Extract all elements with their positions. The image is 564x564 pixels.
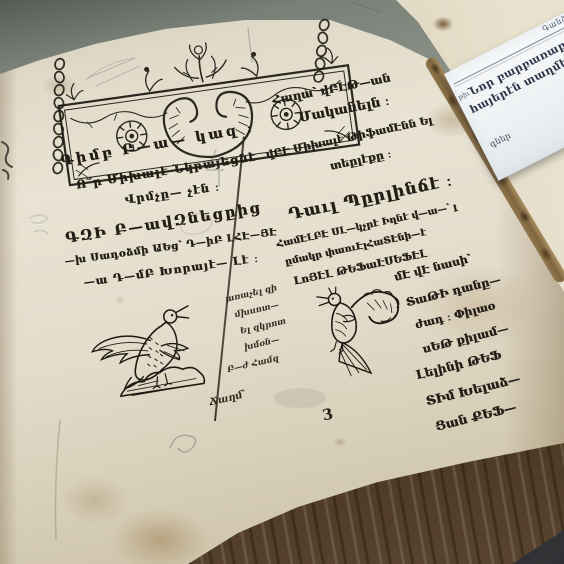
- photo-old-armenian-book: Գիմբ Բ—ա— կազ ։Ո՞ր Միխալէ ՆկրայեցնէՎրմչը…: [0, 0, 564, 564]
- singing-bird-icon: [75, 285, 239, 415]
- plumed-bird-icon: [308, 271, 438, 401]
- annotation-line: մխսոտ—: [234, 300, 280, 320]
- annotation-line: Ել զկրոտ: [239, 316, 287, 336]
- card-footer-word: գներ: [488, 131, 512, 150]
- annotation-line: խմօն—: [243, 335, 280, 353]
